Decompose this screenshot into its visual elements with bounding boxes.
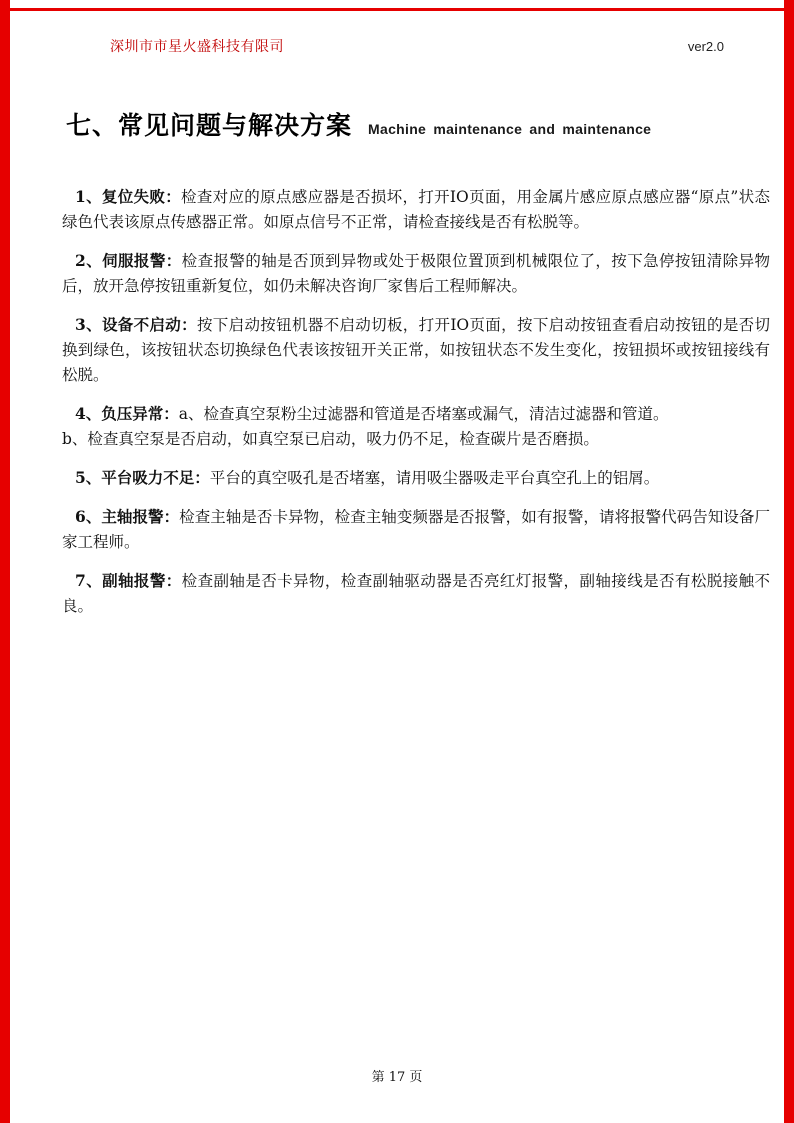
version-label: ver2.0 bbox=[688, 39, 724, 54]
faq-item-4: 4、负压异常：a、检查真空泵粉尘过滤器和管道是否堵塞或漏气，清洁过滤器和管道。 … bbox=[62, 401, 770, 452]
faq-item-3: 3、设备不启动：按下启动按钮机器不启动切板，打开IO页面，按下启动按钮查看启动按… bbox=[62, 312, 770, 388]
faq-item-1: 1、复位失败：检查对应的原点感应器是否损坏，打开IO页面，用金属片感应原点感应器… bbox=[62, 184, 770, 235]
company-name: 深圳市市星火盛科技有限司 bbox=[110, 36, 284, 56]
section-title-english: Machine maintenance and maintenance bbox=[368, 121, 651, 137]
faq-item-3-label: 3、设备不启动： bbox=[75, 315, 197, 334]
faq-item-5: 5、平台吸力不足：平台的真空吸孔是否堵塞，请用吸尘器吸走平台真空孔上的铝屑。 bbox=[62, 465, 770, 491]
page-header: 深圳市市星火盛科技有限司 ver2.0 bbox=[110, 36, 724, 56]
top-red-rule bbox=[10, 8, 784, 11]
faq-item-6: 6、主轴报警：检查主轴是否卡异物，检查主轴变频器是否报警，如有报警，请将报警代码… bbox=[62, 504, 770, 555]
faq-item-1-label: 1、复位失败： bbox=[75, 187, 181, 206]
right-red-border bbox=[784, 0, 794, 1123]
document-page: 深圳市市星火盛科技有限司 ver2.0 七、常见问题与解决方案 Machine … bbox=[0, 0, 794, 1123]
faq-item-6-label: 6、主轴报警： bbox=[75, 507, 179, 526]
section-title-row: 七、常见问题与解决方案 Machine maintenance and main… bbox=[66, 106, 754, 142]
faq-item-7: 7、副轴报警：检查副轴是否卡异物，检查副轴驱动器是否亮红灯报警，副轴接线是否有松… bbox=[62, 568, 770, 619]
left-red-border bbox=[0, 0, 10, 1123]
faq-item-7-label: 7、副轴报警： bbox=[75, 571, 182, 590]
faq-item-2: 2、伺服报警：检查报警的轴是否顶到异物或处于极限位置顶到机械限位了，按下急停按钮… bbox=[62, 248, 770, 299]
faq-item-2-label: 2、伺服报警： bbox=[75, 251, 182, 270]
section-title: 七、常见问题与解决方案 bbox=[66, 106, 352, 142]
faq-list: 1、复位失败：检查对应的原点感应器是否损坏，打开IO页面，用金属片感应原点感应器… bbox=[62, 184, 770, 632]
faq-item-5-label: 5、平台吸力不足： bbox=[75, 468, 210, 487]
page-footer: 第 17 页 bbox=[0, 1066, 794, 1085]
faq-item-4-text-b: b、检查真空泵是否启动，如真空泵已启动，吸力仍不足，检查碳片是否磨损。 bbox=[62, 427, 770, 452]
faq-item-4-label: 4、负压异常： bbox=[75, 404, 179, 423]
page-number: 第 17 页 bbox=[372, 1070, 423, 1085]
faq-item-4-text: a、检查真空泵粉尘过滤器和管道是否堵塞或漏气，清洁过滤器和管道。 bbox=[179, 405, 669, 423]
faq-item-5-text: 平台的真空吸孔是否堵塞，请用吸尘器吸走平台真空孔上的铝屑。 bbox=[210, 469, 660, 487]
